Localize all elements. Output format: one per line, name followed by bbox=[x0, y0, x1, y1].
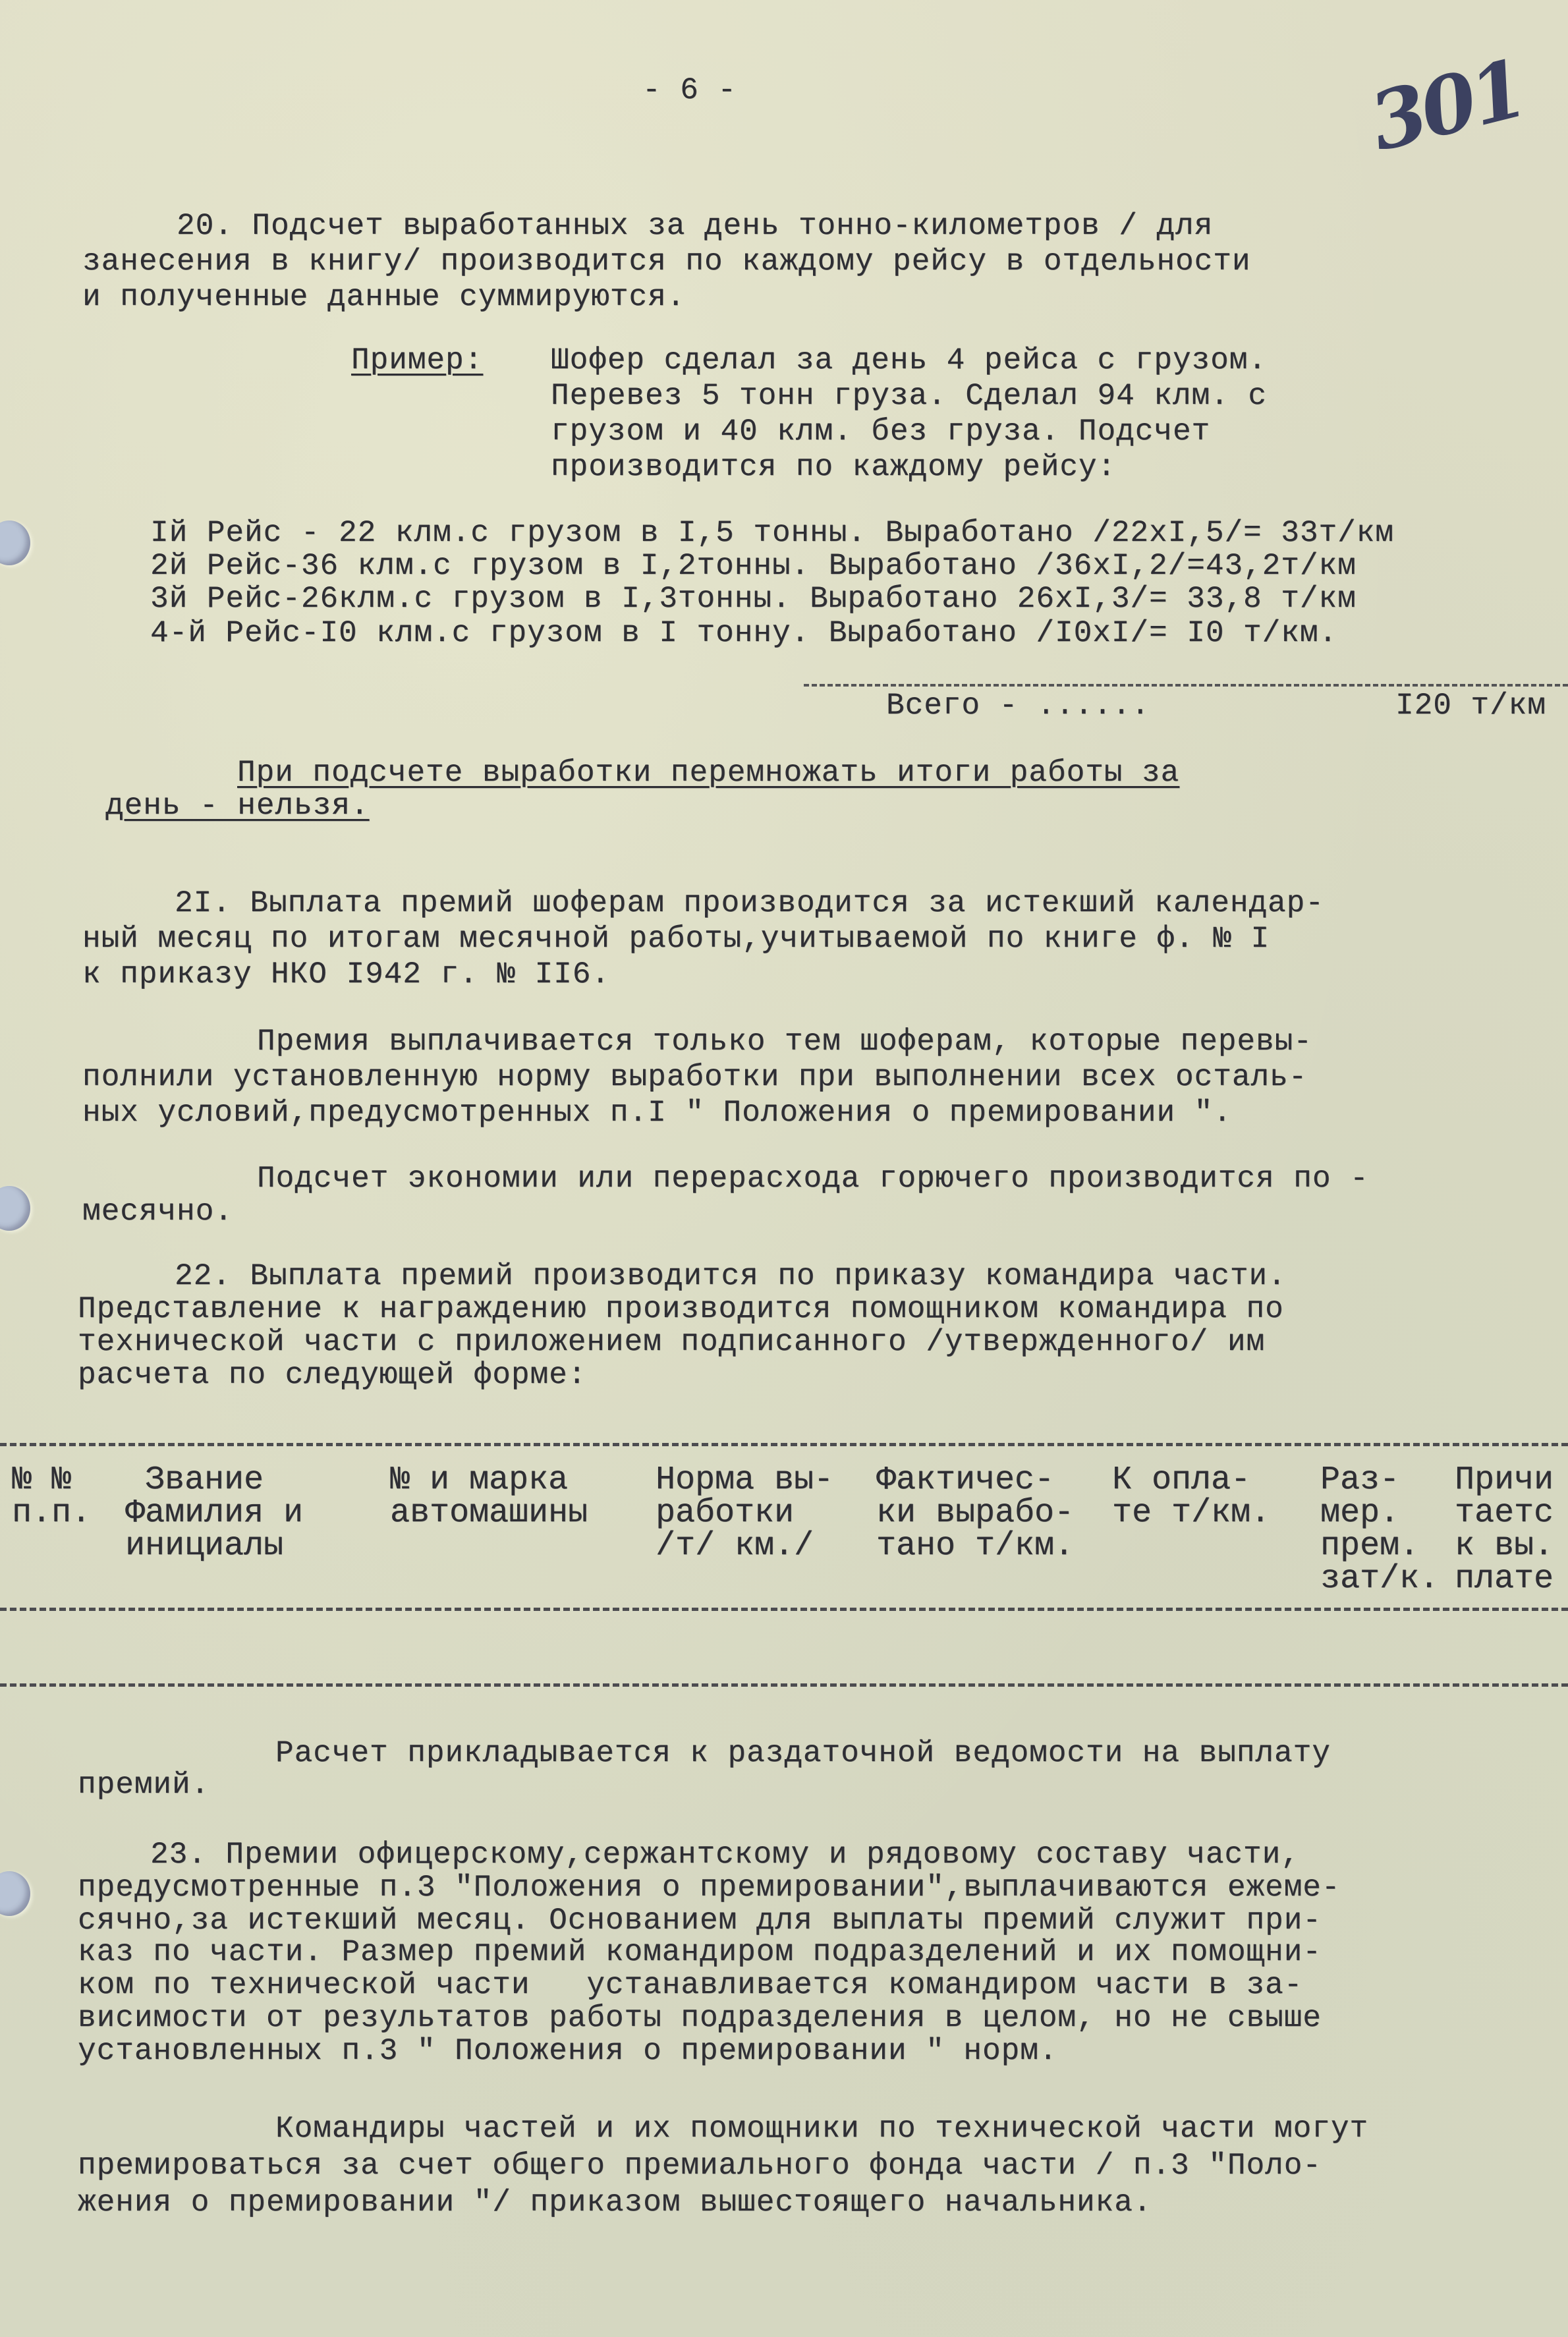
col-to-pay: К опла- те т/км. bbox=[1112, 1464, 1270, 1530]
total-value: I20 т/км bbox=[1395, 689, 1546, 722]
table-bottom-rule bbox=[0, 1683, 1568, 1687]
col-actual: Фактичес- ки вырабо- тано т/км. bbox=[876, 1464, 1074, 1563]
note-line: При подсчете выработки перемножать итоги… bbox=[237, 756, 1179, 789]
punch-hole bbox=[0, 1186, 30, 1231]
text-line: расчета по следующей форме: bbox=[78, 1359, 586, 1392]
text-line: Премия выплачивается только тем шоферам,… bbox=[257, 1025, 1312, 1058]
total-label: Всего - ...... bbox=[886, 689, 1150, 722]
text-line: Подсчет экономии или перерасхода горючег… bbox=[257, 1162, 1369, 1195]
text-line: ком по технической части устанавливается… bbox=[78, 1969, 1302, 2002]
col-bonus-size: Раз- мер. прем. зат/к. bbox=[1320, 1464, 1439, 1596]
text-line: производится по каждому рейсу: bbox=[551, 451, 1116, 484]
text-line: технической части с приложением подписан… bbox=[78, 1326, 1265, 1359]
text-line: жения о премировании "/ приказом вышесто… bbox=[78, 2186, 1152, 2219]
text-line: премий. bbox=[78, 1768, 210, 1801]
page-number: - 6 - bbox=[642, 74, 737, 107]
table-top-rule bbox=[0, 1443, 1568, 1446]
text-line: Перевез 5 тонн груза. Сделал 94 клм. с bbox=[551, 380, 1267, 412]
archive-folio-number: 301 bbox=[1361, 42, 1532, 169]
table-header-rule bbox=[0, 1608, 1568, 1611]
text-line: 20. Подсчет выработанных за день тонно-к… bbox=[177, 210, 1213, 242]
trip-line: 4-й Рейс-I0 клм.с грузом в I тонну. Выра… bbox=[150, 617, 1337, 650]
trip-line: Iй Рейс - 22 клм.с грузом в I,5 тонны. В… bbox=[150, 517, 1394, 549]
col-rank-name: Звание Фамилия и инициалы bbox=[125, 1464, 303, 1563]
text-line: полнили установленную норму выработки пр… bbox=[82, 1061, 1307, 1094]
text-line: грузом и 40 клм. без груза. Подсчет bbox=[551, 415, 1210, 448]
punch-hole bbox=[0, 1871, 30, 1916]
text-line: 22. Выплата премий производится по прика… bbox=[175, 1260, 1287, 1293]
text-line: Командиры частей и их помощники по техни… bbox=[275, 2112, 1368, 2145]
text-line: месячно. bbox=[82, 1195, 233, 1228]
note-line: день - нельзя. bbox=[105, 789, 369, 822]
trip-line: 2й Рейс-36 клм.с грузом в I,2тонны. Выра… bbox=[150, 549, 1357, 582]
text-line: премироваться за счет общего премиальног… bbox=[78, 2149, 1322, 2182]
total-rule bbox=[804, 684, 1568, 687]
text-line: каз по части. Размер премий командиром п… bbox=[78, 1936, 1322, 1969]
text-line: и полученные данные суммируются. bbox=[82, 281, 685, 314]
col-norm: Норма вы- работки /т/ км./ bbox=[656, 1464, 833, 1563]
text-line: Представление к награждению производится… bbox=[78, 1293, 1284, 1326]
text-line: установленных п.3 " Положения о премиров… bbox=[78, 2035, 1057, 2068]
col-vehicle: № и марка автомашины bbox=[390, 1464, 588, 1530]
text-line: Расчет прикладывается к раздаточной ведо… bbox=[275, 1737, 1331, 1770]
trip-line: 3й Рейс-26клм.с грузом в I,3тонны. Выраб… bbox=[150, 582, 1357, 615]
text-line: предусмотренные п.3 "Положения о премиро… bbox=[78, 1871, 1341, 1904]
text-line: сячно,за истекший месяц. Основанием для … bbox=[78, 1904, 1322, 1937]
example-label: Пример: bbox=[351, 344, 483, 377]
text-line: Шофер сделал за день 4 рейса с грузом. bbox=[551, 344, 1267, 377]
col-number: № № п.п. bbox=[12, 1464, 91, 1530]
text-line: висимости от результатов работы подразде… bbox=[78, 2002, 1322, 2035]
text-line: к приказу НКО I942 г. № II6. bbox=[82, 958, 610, 991]
col-due: Причи таетс к вы. плате bbox=[1455, 1464, 1554, 1596]
text-line: ных условий,предусмотренных п.I " Положе… bbox=[82, 1096, 1232, 1129]
text-line: ный месяц по итогам месячной работы,учит… bbox=[82, 922, 1270, 955]
text-line: занесения в книгу/ производится по каждо… bbox=[82, 245, 1250, 278]
punch-hole bbox=[0, 521, 30, 565]
text-line: 2I. Выплата премий шоферам производится … bbox=[175, 887, 1324, 920]
document-page: - 6 - 301 20. Подсчет выработанных за де… bbox=[0, 0, 1568, 2337]
text-line: 23. Премии офицерскому,сержантскому и ря… bbox=[150, 1838, 1300, 1871]
